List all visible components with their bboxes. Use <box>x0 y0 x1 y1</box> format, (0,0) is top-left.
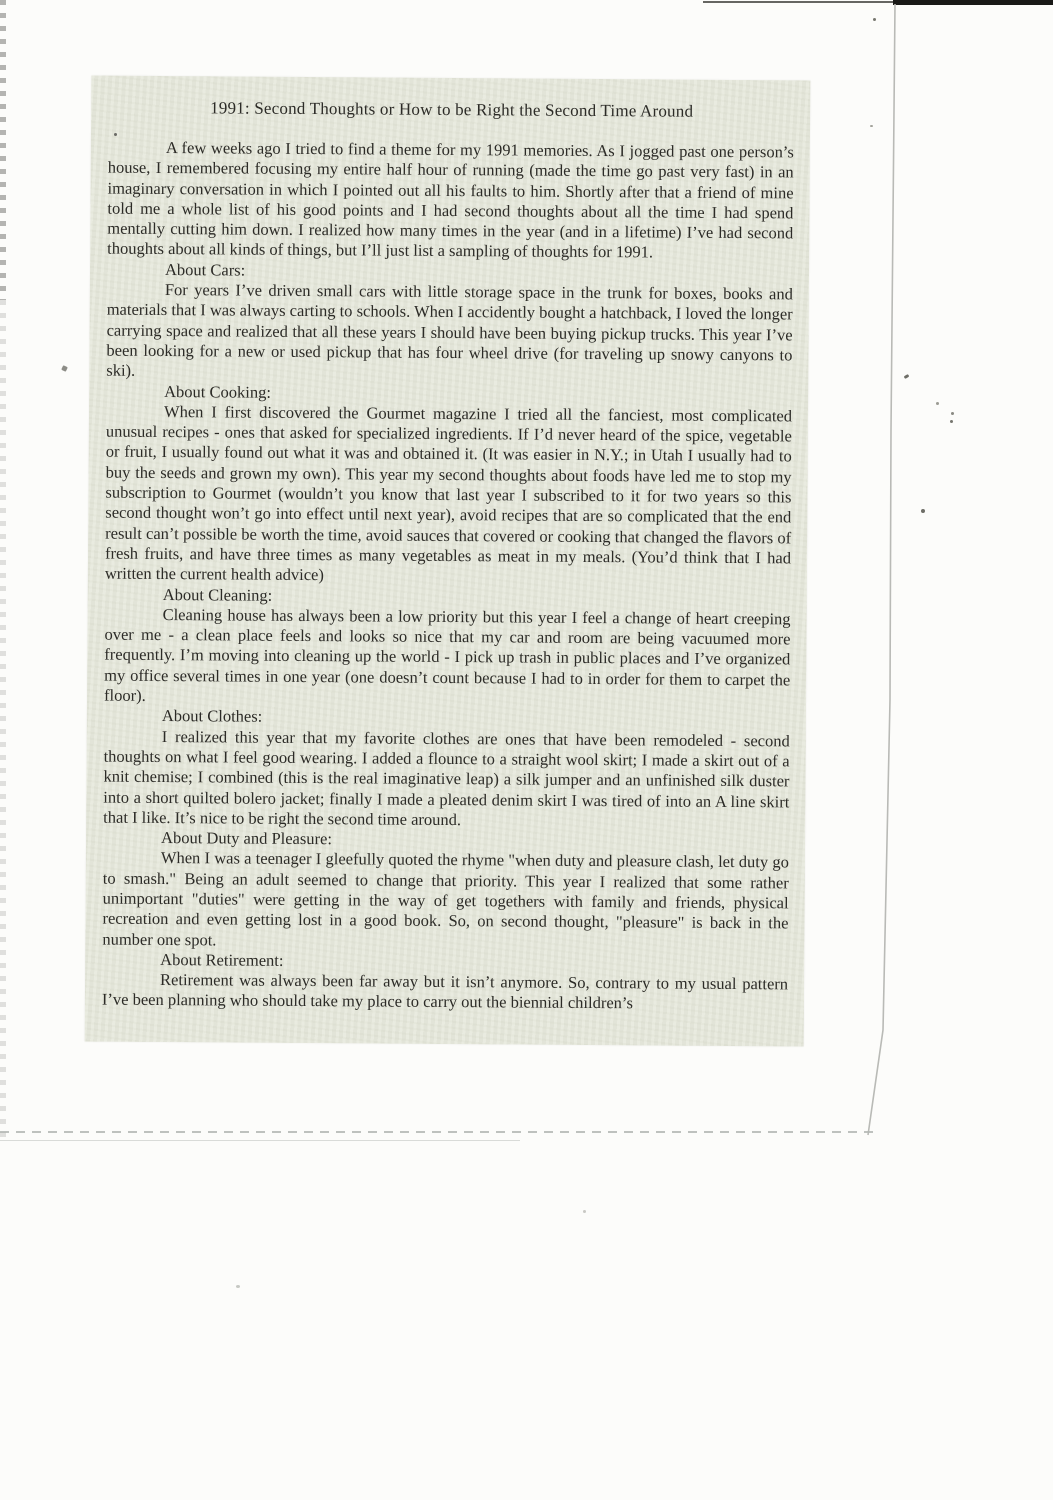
section-paragraph: Retirement was always been far away but … <box>102 970 788 1015</box>
bottom-faint-scan-line <box>0 1140 520 1141</box>
section-paragraph: When I was a teenager I gleefully quoted… <box>102 848 789 954</box>
document-title: 1991: Second Thoughts or How to be Right… <box>108 98 795 123</box>
section-paragraph: I realized this year that my favorite cl… <box>103 726 790 832</box>
scan-speck <box>950 420 953 423</box>
paper-sheet: 1991: Second Thoughts or How to be Right… <box>85 76 811 1047</box>
bottom-dashed-scan-line <box>0 1131 876 1133</box>
scan-speck <box>921 509 925 513</box>
scan-speck <box>951 412 954 415</box>
scanned-page: 1991: Second Thoughts or How to be Right… <box>0 0 1053 1500</box>
scan-speck <box>583 1210 586 1213</box>
scan-speck <box>873 18 876 21</box>
scan-speck <box>236 1285 240 1288</box>
scan-speck <box>936 402 939 405</box>
section-paragraph: Cleaning house has always been a low pri… <box>104 604 791 710</box>
scan-speck <box>904 374 910 379</box>
section-paragraph: For years I’ve driven small cars with li… <box>106 280 793 386</box>
section-paragraph: A few weeks ago I tried to find a theme … <box>107 138 794 265</box>
scan-speck <box>870 125 873 127</box>
document-body: A few weeks ago I tried to find a theme … <box>102 138 794 1016</box>
left-perforation-edge-top <box>0 0 6 300</box>
top-right-scan-bar <box>893 0 1053 5</box>
scan-speck <box>61 365 68 372</box>
scan-speck <box>114 133 117 136</box>
section-paragraph: When I first discovered the Gourmet maga… <box>105 401 792 588</box>
left-perforation-edge-bottom <box>0 300 6 1145</box>
